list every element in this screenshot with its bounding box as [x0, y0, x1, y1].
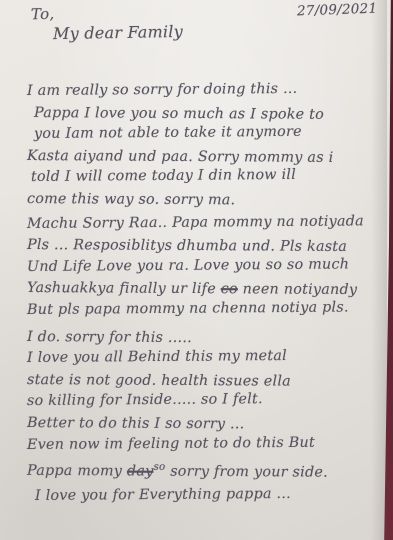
- letter-line: you Iam not able to take it anymore: [27, 121, 383, 145]
- line-text: Yashuakkya finally ur life: [27, 280, 221, 297]
- line-text: neen notiyandy: [238, 282, 357, 299]
- letter-line: come this way so. sorry ma.: [27, 189, 383, 213]
- line-text: I am really so sorry for doing this ...: [27, 81, 298, 99]
- letter-line-with-strikethrough: Pappa momy dayso sorry from your side.: [27, 456, 383, 485]
- letter-salutation: My dear Family: [53, 22, 183, 43]
- letter-line: told I will come today I din know ill: [27, 165, 383, 189]
- line-text: Kasta aiyand und paa. Sorry mommy as i: [27, 148, 334, 166]
- line-text: I love you for Everything pappa ...: [35, 486, 291, 504]
- letter-date: 27/09/2021: [296, 1, 377, 20]
- line-text: Pls ... Resposiblitys dhumba und. Pls ka…: [27, 237, 347, 255]
- letter-line: I am really so sorry for doing this ...: [27, 78, 383, 102]
- line-text: I love you all Behind this my metal: [27, 348, 287, 366]
- line-text: Machu Sorry Raa.. Papa mommy na notiyada: [27, 213, 364, 232]
- line-text: state is not good. health issues ella: [27, 372, 291, 390]
- line-text: Pappa momy: [27, 463, 127, 480]
- line-text: come this way so. sorry ma.: [27, 191, 235, 208]
- letter-line: so killing for Inside..... so I felt.: [27, 389, 383, 413]
- inserted-word: so: [153, 461, 165, 473]
- letter-line: Even now im feeling not to do this But: [27, 432, 383, 456]
- letter-line: Machu Sorry Raa.. Papa mommy na notiyada: [27, 211, 383, 235]
- letter-body: I am really so sorry for doing this ... …: [27, 81, 383, 508]
- line-text: Even now im feeling not to do this But: [27, 434, 315, 452]
- line-text: Pappa I love you so much as I spoke to: [34, 105, 324, 123]
- line-text: you Iam not able to take it anymore: [34, 124, 302, 142]
- letter-line: I love you for Everything pappa ...: [27, 484, 383, 508]
- letter-photo: To, 27/09/2021 My dear Family I am reall…: [0, 0, 393, 540]
- struck-word: co: [221, 282, 238, 298]
- struck-word: day: [127, 463, 154, 479]
- line-text: Und Life Love you ra. Love you so so muc…: [27, 256, 349, 275]
- line-text: so killing for Inside..... so I felt.: [27, 391, 263, 409]
- letter-line: But pls papa mommy na chenna notiya pls.: [27, 297, 383, 321]
- line-text: told I will come today I din know ill: [31, 167, 296, 185]
- line-text: sorry from your side.: [165, 464, 328, 481]
- line-text: But pls papa mommy na chenna notiya pls.: [27, 299, 349, 318]
- letter-line: I love you all Behind this my metal: [27, 345, 383, 369]
- letter-line: Und Life Love you ra. Love you so so muc…: [27, 254, 383, 278]
- line-text: I do. sorry for this .....: [27, 329, 192, 346]
- line-text: Better to do this I so sorry ...: [27, 415, 245, 432]
- letter-to-label: To,: [31, 5, 55, 24]
